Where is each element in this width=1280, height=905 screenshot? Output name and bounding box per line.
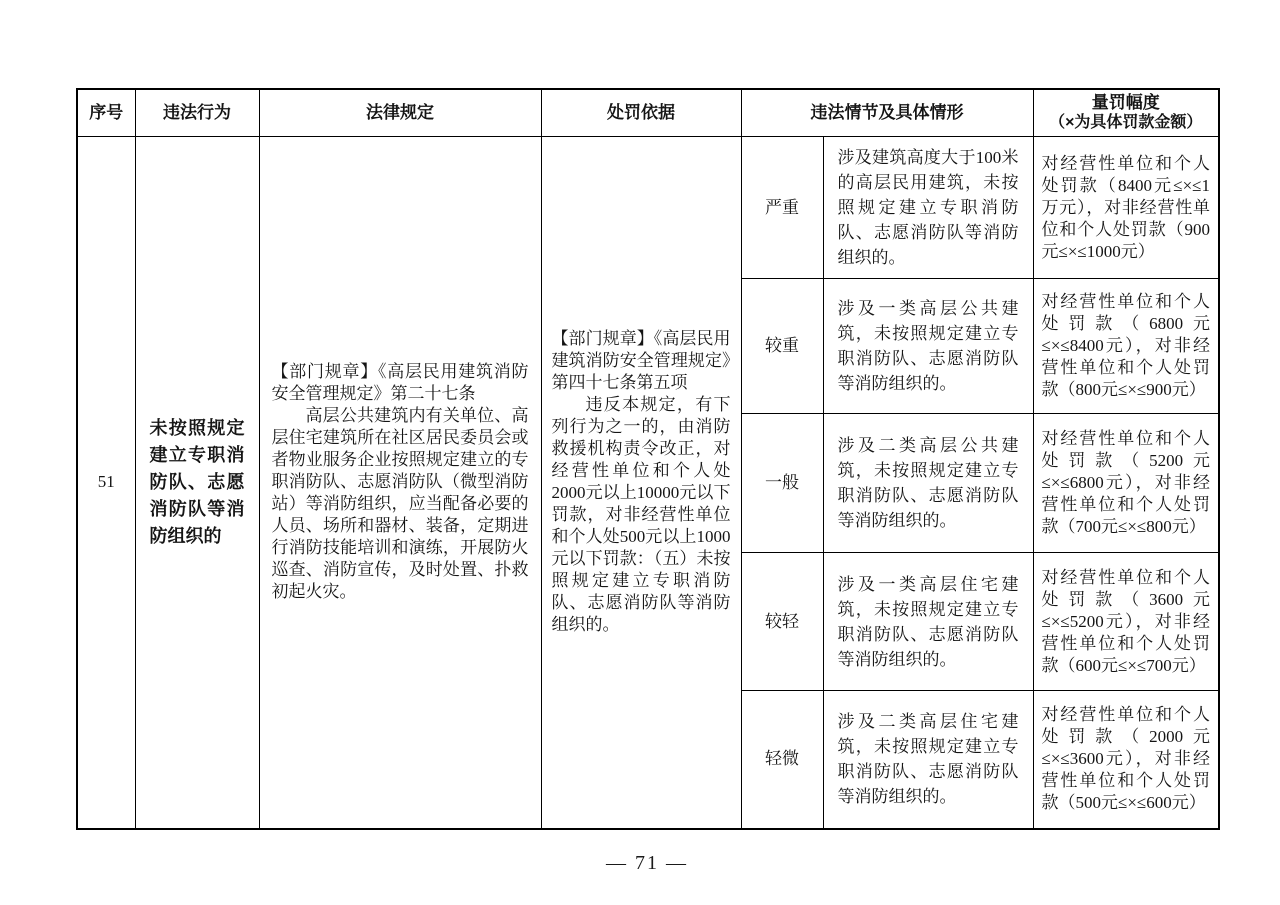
page-number: — 71 — <box>76 852 1218 875</box>
penalty-cell: 对经营性单位和个人处罚款（5200元≤×≤6800元），对非经营性单位和个人处罚… <box>1033 414 1219 553</box>
table-header-row: 序号 违法行为 法律规定 处罚依据 违法情节及具体情形 量罚幅度 （×为具体罚款… <box>77 89 1219 137</box>
header-penalty-range: 量罚幅度 （×为具体罚款金额） <box>1033 89 1219 137</box>
severity-cell: 严重 <box>741 137 823 279</box>
penalty-cell: 对经营性单位和个人处罚款（2000元≤×≤3600元），对非经营性单位和个人处罚… <box>1033 691 1219 829</box>
penalty-cell: 对经营性单位和个人处罚款（6800元≤×≤8400元），对非经营性单位和个人处罚… <box>1033 279 1219 414</box>
header-penalty-range-note: （×为具体罚款金额） <box>1038 113 1215 133</box>
table-row: 51 未按照规定建立专职消防队、志愿消防队等消防组织的 【部门规章】《高层民用建… <box>77 137 1219 279</box>
legal-provision-cell: 【部门规章】《高层民用建筑消防安全管理规定》第二十七条 高层公共建筑内有关单位、… <box>259 137 541 829</box>
header-legal-provision: 法律规定 <box>259 89 541 137</box>
severity-cell: 较重 <box>741 279 823 414</box>
situation-cell: 涉及二类高层公共建筑，未按照规定建立专职消防队、志愿消防队等消防组织的。 <box>823 414 1033 553</box>
penalty-cell: 对经营性单位和个人处罚款（8400元≤×≤1万元），对非经营性单位和个人处罚款（… <box>1033 137 1219 279</box>
situation-cell: 涉及建筑高度大于100米的高层民用建筑，未按照规定建立专职消防队、志愿消防队等消… <box>823 137 1033 279</box>
header-penalty-range-title: 量罚幅度 <box>1038 93 1215 113</box>
penalty-cell: 对经营性单位和个人处罚款（3600元≤×≤5200元），对非经营性单位和个人处罚… <box>1033 553 1219 691</box>
header-penalty-basis: 处罚依据 <box>541 89 741 137</box>
header-circumstances: 违法情节及具体情形 <box>741 89 1033 137</box>
situation-cell: 涉及一类高层住宅建筑，未按照规定建立专职消防队、志愿消防队等消防组织的。 <box>823 553 1033 691</box>
header-index: 序号 <box>77 89 135 137</box>
severity-cell: 一般 <box>741 414 823 553</box>
severity-cell: 较轻 <box>741 553 823 691</box>
penalty-basis-body: 违反本规定，有下列行为之一的，由消防救援机构责令改正，对经营性单位和个人处200… <box>552 394 731 636</box>
situation-cell: 涉及一类高层公共建筑，未按照规定建立专职消防队、志愿消防队等消防组织的。 <box>823 279 1033 414</box>
penalty-basis-ref: 【部门规章】《高层民用建筑消防安全管理规定》第四十七条第五项 <box>552 328 731 394</box>
penalty-discretion-table: 序号 违法行为 法律规定 处罚依据 违法情节及具体情形 量罚幅度 （×为具体罚款… <box>76 88 1220 830</box>
penalty-basis-cell: 【部门规章】《高层民用建筑消防安全管理规定》第四十七条第五项 违反本规定，有下列… <box>541 137 741 829</box>
header-illegal-act: 违法行为 <box>135 89 259 137</box>
index-cell: 51 <box>77 137 135 829</box>
legal-provision-body: 高层公共建筑内有关单位、高层住宅建筑所在社区居民委员会或者物业服务企业按照规定建… <box>272 405 529 603</box>
legal-provision-ref: 【部门规章】《高层民用建筑消防安全管理规定》第二十七条 <box>272 361 529 405</box>
severity-cell: 轻微 <box>741 691 823 829</box>
situation-cell: 涉及二类高层住宅建筑，未按照规定建立专职消防队、志愿消防队等消防组织的。 <box>823 691 1033 829</box>
illegal-act-cell: 未按照规定建立专职消防队、志愿消防队等消防组织的 <box>135 137 259 829</box>
document-page: 序号 违法行为 法律规定 处罚依据 违法情节及具体情形 量罚幅度 （×为具体罚款… <box>0 0 1280 905</box>
